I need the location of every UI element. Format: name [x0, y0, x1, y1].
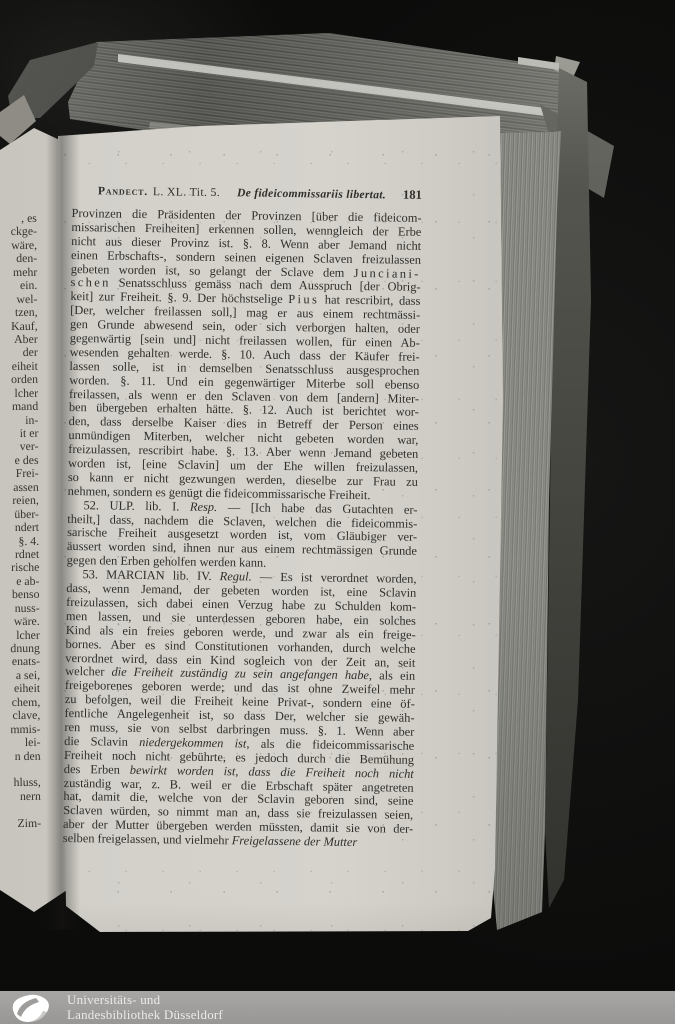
fragment-line: mand [0, 400, 38, 414]
watermark-line1: Universitäts- und [67, 993, 223, 1008]
fragment-line: orden [0, 373, 38, 387]
fragment-line: lei- [2, 736, 41, 750]
fragment-line: clave, [1, 709, 40, 723]
fragment-line: Frei- [0, 467, 39, 481]
fragment-line: ndert [0, 521, 39, 535]
fragment-line: nern [2, 790, 41, 804]
fragment-line: den- [0, 252, 37, 266]
fragment-line: wäre. [1, 615, 40, 629]
fragment-line: benso [0, 588, 39, 602]
fragment-line: n den [2, 749, 41, 763]
running-title-ref: L. XL. Tit. 5. [153, 185, 220, 199]
page-body: Provinzen die Präsidenten der Provinzen … [63, 207, 422, 851]
page-number: 181 [403, 188, 422, 203]
fragment-line: rische [0, 561, 39, 575]
fragment-line: der [0, 346, 38, 360]
fragment-line: tzen, [0, 306, 38, 320]
running-title: Pandect. L. XL. Tit. 5. [98, 184, 220, 199]
scanned-book-photo: , esckge-wäre,den-mehrein.wel-tzen,Kauf,… [0, 0, 675, 1024]
page-content: Pandect. L. XL. Tit. 5. De fideicommissa… [63, 183, 422, 851]
watermark-text: Universitäts- und Landesbibliothek Düsse… [67, 993, 223, 1022]
fragment-line [2, 803, 41, 817]
watermark-bar: Universitäts- und Landesbibliothek Düsse… [0, 991, 675, 1024]
ulb-duesseldorf-logo-icon [9, 993, 55, 1023]
fragment-line: eiheit [1, 682, 40, 696]
fragment-line: hluss, [2, 776, 41, 790]
fragment-line: reien, [0, 494, 39, 508]
running-title-latin: De fideicommissariis libertat. [237, 186, 386, 201]
fragment-line: ein. [0, 279, 37, 293]
running-title-section: Pandect. [98, 184, 148, 198]
watermark-line2: Landesbibliothek Düsseldorf [67, 1008, 223, 1023]
fragment-line: Zim- [2, 817, 41, 831]
left-page-fragments: , esckge-wäre,den-mehrein.wel-tzen,Kauf,… [0, 212, 41, 830]
